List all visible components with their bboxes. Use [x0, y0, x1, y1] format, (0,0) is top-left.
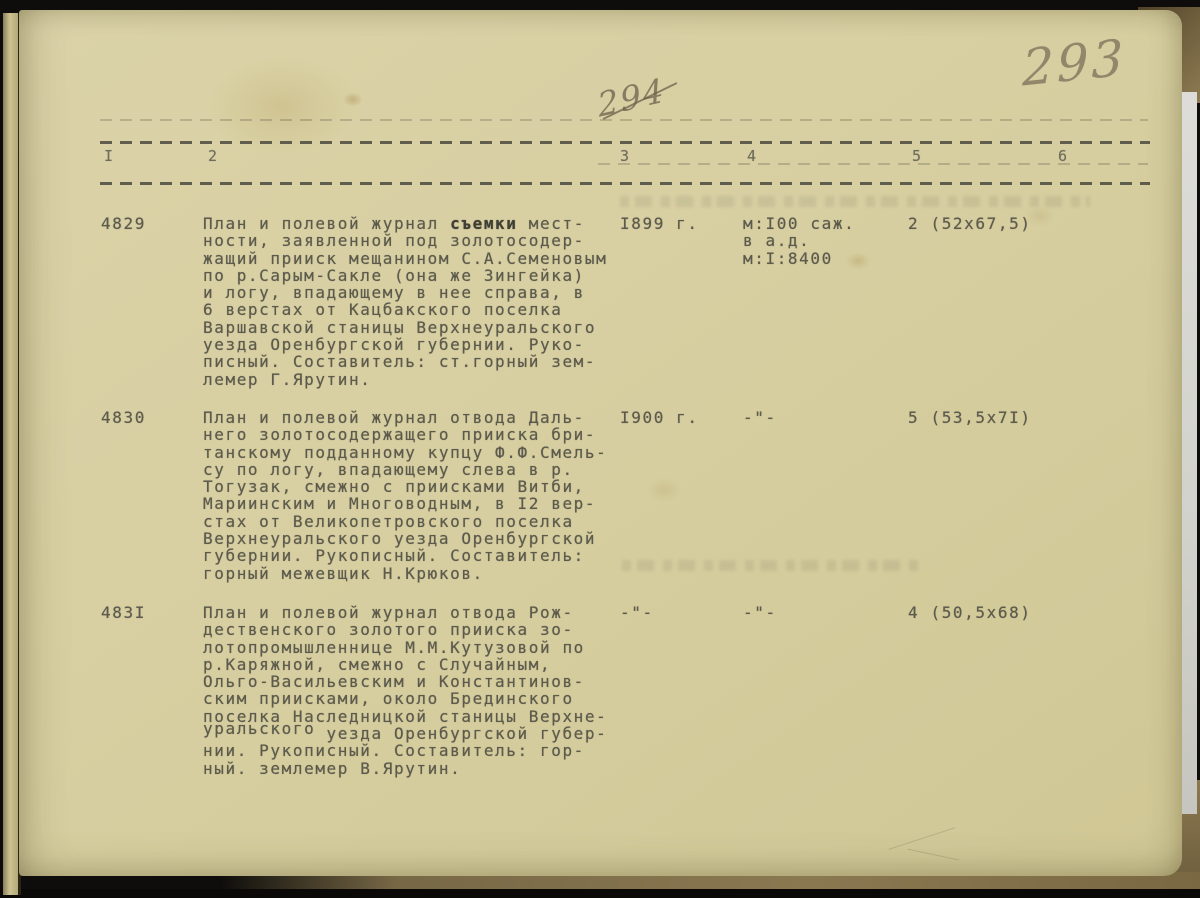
- entry-description: План и полевой журнал съемки мест- ности…: [203, 215, 633, 388]
- entry-number: 4829: [101, 215, 146, 232]
- scanned-document-photo: 293 294 I23456 4829 План и полевой журна…: [0, 0, 1200, 898]
- column-header: I: [104, 147, 114, 165]
- entry-year: I900 г.: [620, 409, 699, 426]
- entry-sheets: 4 (50,5x68): [908, 604, 1032, 621]
- dashed-rule: [100, 141, 1150, 144]
- column-header: 6: [1058, 147, 1068, 165]
- entry-number: 483I: [101, 604, 146, 621]
- column-header-row: I23456: [0, 147, 1200, 165]
- entry-scale: м:I00 саж. в а.д. м:I:8400: [743, 215, 855, 267]
- entry-scale: -"-: [743, 409, 777, 426]
- strike-through-line: [603, 82, 678, 120]
- dashed-rule: [100, 119, 1148, 121]
- entry-sheets: 5 (53,5x7I): [908, 409, 1032, 426]
- column-header: 5: [912, 147, 922, 165]
- entry-description: План и полевой журнал отвода Даль- него …: [203, 409, 633, 582]
- entry-sheets: 2 (52x67,5): [908, 215, 1032, 232]
- ink-bleed-through: [620, 196, 1090, 207]
- column-header: 2: [208, 147, 218, 165]
- page-content: 293 294 I23456 4829 План и полевой журна…: [0, 0, 1200, 898]
- entry-year: I899 г.: [620, 215, 699, 232]
- handwritten-page-number: 293: [1022, 28, 1126, 97]
- ink-bleed-through: [622, 560, 922, 571]
- entry-scale: -"-: [743, 604, 777, 621]
- entry-description: План и полевой журнал отвода Рож- дестве…: [203, 604, 633, 777]
- entry-year: -"-: [620, 604, 654, 621]
- column-header: 3: [620, 147, 630, 165]
- column-header: 4: [747, 147, 757, 165]
- entry-number: 4830: [101, 409, 146, 426]
- dashed-rule: [100, 182, 1150, 185]
